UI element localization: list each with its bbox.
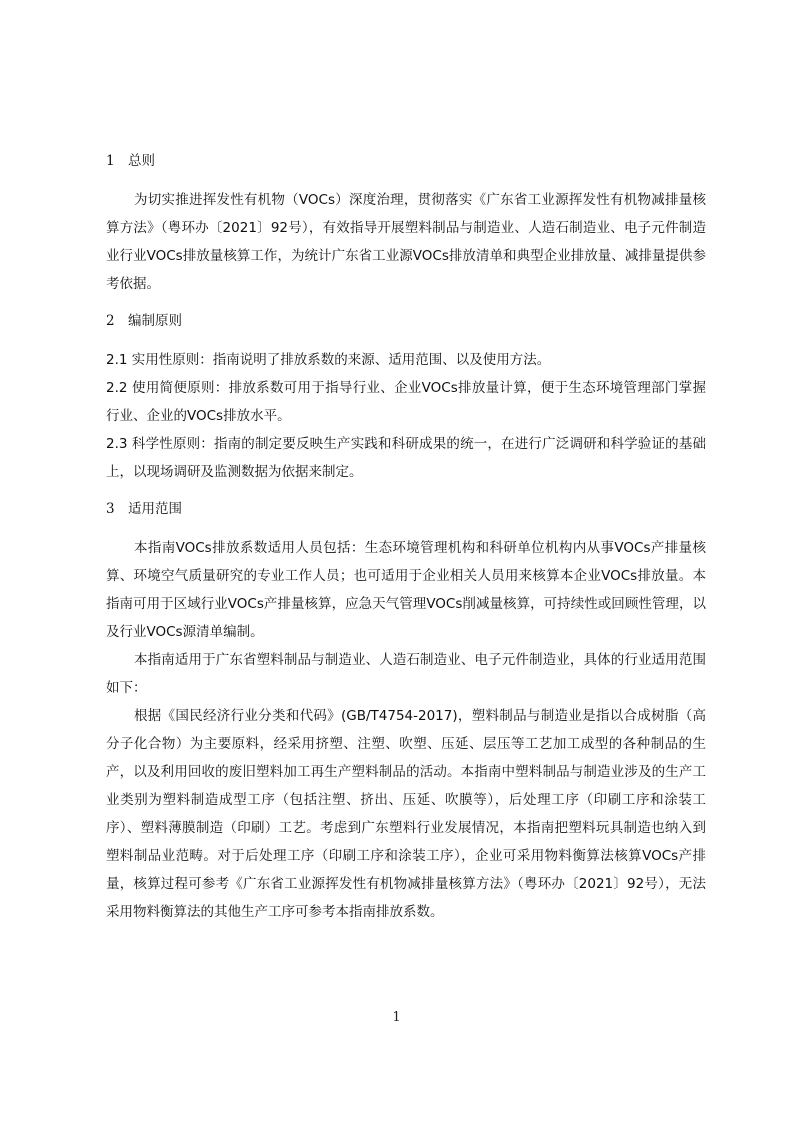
section-number: 3	[106, 496, 128, 522]
section-title: 编制原则	[128, 313, 182, 329]
section-title: 总则	[128, 153, 155, 169]
paragraph: 根据《国民经济行业分类和代码》(GB/T4754-2017)，塑料制品与制造业是…	[106, 702, 706, 926]
principle-item: 2.3 科学性原则：指南的制定要反映生产实践和科研成果的统一，在进行广泛调研和科…	[106, 430, 706, 486]
section-heading-2: 2编制原则	[106, 308, 706, 334]
page-number: 1	[0, 1010, 793, 1025]
section-title: 适用范围	[128, 501, 182, 517]
section-heading-1: 1总则	[106, 148, 706, 174]
principle-item: 2.1 实用性原则：指南说明了排放系数的来源、适用范围、以及使用方法。	[106, 346, 706, 374]
paragraph: 本指南VOCs排放系数适用人员包括：生态环境管理机构和科研单位机构内从事VOCs…	[106, 534, 706, 646]
section-heading-3: 3适用范围	[106, 496, 706, 522]
section-number: 1	[106, 148, 128, 174]
paragraph: 为切实推进挥发性有机物（VOCs）深度治理，贯彻落实《广东省工业源挥发性有机物减…	[106, 186, 706, 298]
paragraph: 本指南适用于广东省塑料制品与制造业、人造石制造业、电子元件制造业，具体的行业适用…	[106, 646, 706, 702]
document-page: 1总则 为切实推进挥发性有机物（VOCs）深度治理，贯彻落实《广东省工业源挥发性…	[106, 148, 706, 926]
principle-item: 2.2 使用简便原则：排放系数可用于指导行业、企业VOCs排放量计算，便于生态环…	[106, 374, 706, 430]
section-number: 2	[106, 308, 128, 334]
